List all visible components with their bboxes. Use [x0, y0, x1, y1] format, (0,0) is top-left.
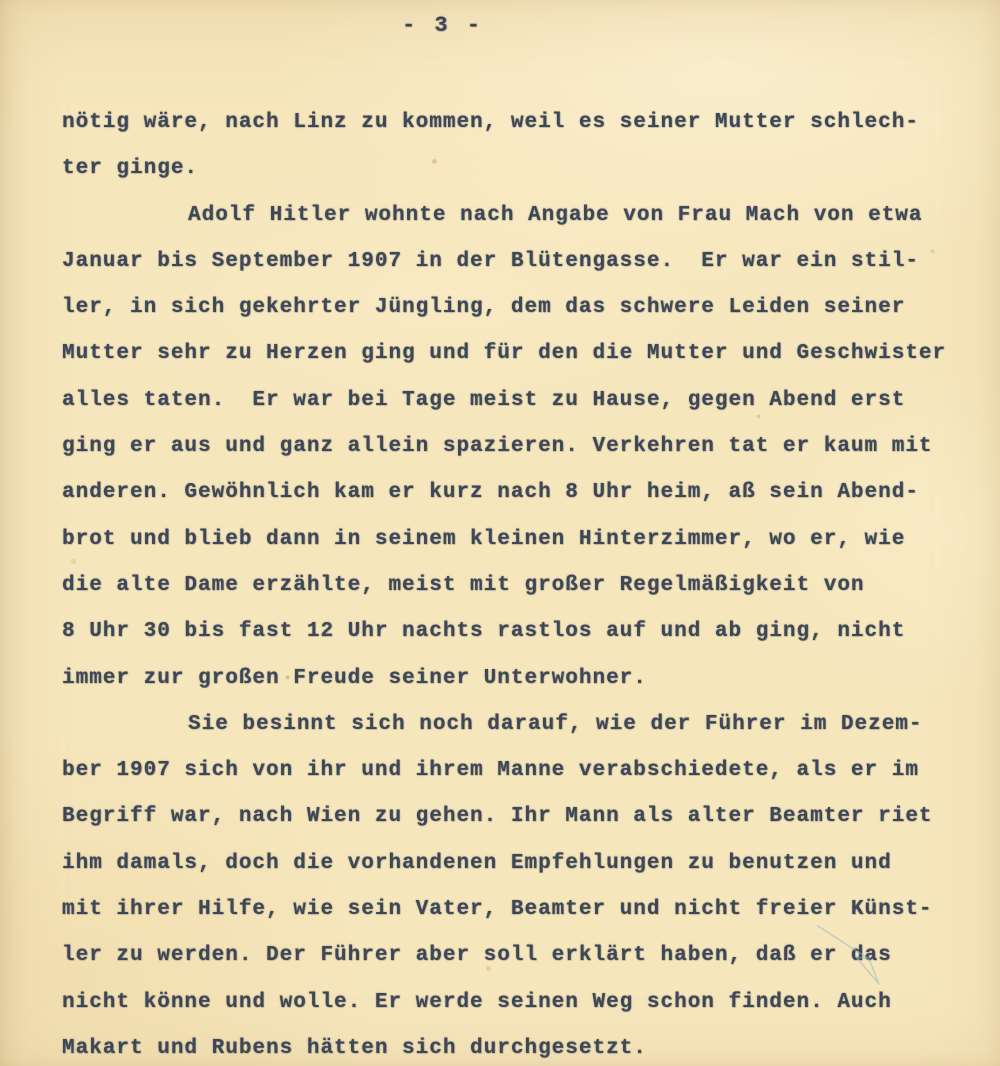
text-line: anderen. Gewöhnlich kam er kurz nach 8 U… [62, 470, 982, 516]
page-number: - 3 - [402, 13, 483, 38]
text-line: 8 Uhr 30 bis fast 12 Uhr nachts rastlos … [62, 609, 982, 655]
text-line: brot und blieb dann in seinem kleinen Hi… [62, 517, 982, 563]
document-page: - 3 - nötig wäre, nach Linz zu kommen, w… [0, 0, 1000, 1066]
text-line: ihm damals, doch die vorhandenen Empfehl… [62, 841, 982, 887]
document-body: nötig wäre, nach Linz zu kommen, weil es… [62, 100, 982, 1066]
paper-specks [0, 0, 3, 3]
text-line: Sie besinnt sich noch darauf, wie der Fü… [62, 702, 982, 748]
text-line: nicht könne und wolle. Er werde seinen W… [62, 980, 982, 1026]
text-line: Makart und Rubens hätten sich durchgeset… [62, 1026, 982, 1066]
text-line: ler, in sich gekehrter Jüngling, dem das… [62, 285, 982, 331]
text-line: Januar bis September 1907 in der Blüteng… [62, 239, 982, 285]
text-line: immer zur großen Freude seiner Unterwohn… [62, 656, 982, 702]
text-line: alles taten. Er war bei Tage meist zu Ha… [62, 378, 982, 424]
text-line: mit ihrer Hilfe, wie sein Vater, Beamter… [62, 887, 982, 933]
text-line: ter ginge. [62, 146, 982, 192]
text-line: ging er aus und ganz allein spazieren. V… [62, 424, 982, 470]
text-line: die alte Dame erzählte, meist mit großer… [62, 563, 982, 609]
text-line: Adolf Hitler wohnte nach Angabe von Frau… [62, 193, 982, 239]
text-line: Mutter sehr zu Herzen ging und für den d… [62, 331, 982, 377]
text-line: nötig wäre, nach Linz zu kommen, weil es… [62, 100, 982, 146]
text-line: ler zu werden. Der Führer aber soll erkl… [62, 933, 982, 979]
text-line: Begriff war, nach Wien zu gehen. Ihr Man… [62, 794, 982, 840]
text-line: ber 1907 sich von ihr und ihrem Manne ve… [62, 748, 982, 794]
